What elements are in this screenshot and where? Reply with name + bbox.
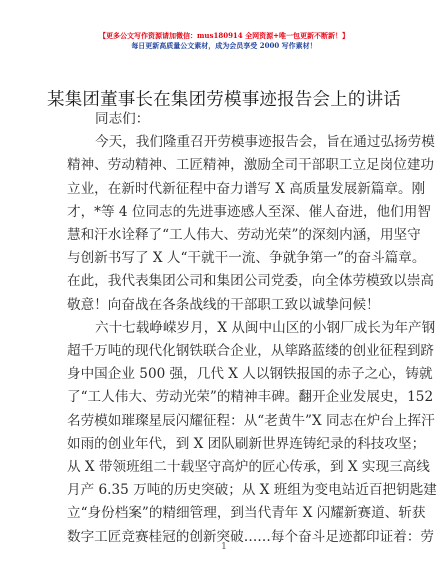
text-line: 敬意！向奋战在各条战线的干部职工致以诚挚问候！ — [67, 294, 384, 317]
text-line: 与创新书写了 X 人“干就干一流、争就争第一”的奋斗篇章。 — [67, 247, 384, 270]
promo-banner-line2: 每日更新高质量公文素材，成为会员享受 2000 写作素材！ — [0, 41, 448, 51]
text-line: 了“工人伟大、劳动光荣”的精神丰碑。翻开企业发展史，152 — [67, 386, 384, 409]
text-line: 超千万吨的现代化钢铁联合企业，从筚路蓝缕的创业征程到跻 — [67, 340, 384, 363]
text-line: 立“身份档案”的精细管理，到当代青年 X 闪耀新赛道、斩获 — [67, 502, 384, 525]
text-line: 精神、劳动精神、工匠精神，激励全司干部职工立足岗位建功 — [67, 154, 384, 177]
promo-banner-line1: 【更多公文写作资源请加微信：mus180914 全网资源+唯一包更新不断新！】 — [0, 31, 448, 41]
text-line: 立业，在新时代新征程中奋力谱写 X 高质量发展新篇章。刚 — [67, 178, 384, 201]
text-line: 身中国企业 500 强，几代 X 人以钢铁报国的赤子之心，铸就 — [67, 363, 384, 386]
text-line: 名劳模如璀璨星辰闪耀征程：从“老黄牛”X 同志在炉台上挥汗 — [67, 410, 384, 433]
text-line: 六十七载峥嵘岁月，X 从闽中山区的小钢厂成长为年产钢 — [67, 317, 384, 340]
text-line: 如雨的创业年代，到 X 团队刷新世界连铸纪录的科技攻坚； — [67, 433, 384, 456]
body-text: 今天，我们隆重召开劳模事迹报告会，旨在通过弘扬劳模 精神、劳动精神、工匠精神，激… — [67, 131, 384, 549]
text-line: 今天，我们隆重召开劳模事迹报告会，旨在通过弘扬劳模 — [67, 131, 384, 154]
text-line: 慧和汗水诠释了“工人伟大、劳动光荣”的深刻内涵，用坚守 — [67, 224, 384, 247]
text-line: 从 X 带领班组二十载坚守高炉的匠心传承，到 X 实现三高线 — [67, 456, 384, 479]
document-body: 同志们： 今天，我们隆重召开劳模事迹报告会，旨在通过弘扬劳模 精神、劳动精神、工… — [67, 108, 384, 549]
salutation: 同志们： — [67, 108, 384, 131]
text-line: 才，*等 4 位同志的先进事迹感人至深、催人奋进，他们用智 — [67, 201, 384, 224]
text-line: 在此，我代表集团公司和集团公司党委，向全体劳模致以崇高 — [67, 270, 384, 293]
page-number: 1 — [0, 542, 448, 552]
text-line: 月产 6.35 万吨的历史突破；从 X 班组为变电站近百把钥匙建 — [67, 479, 384, 502]
